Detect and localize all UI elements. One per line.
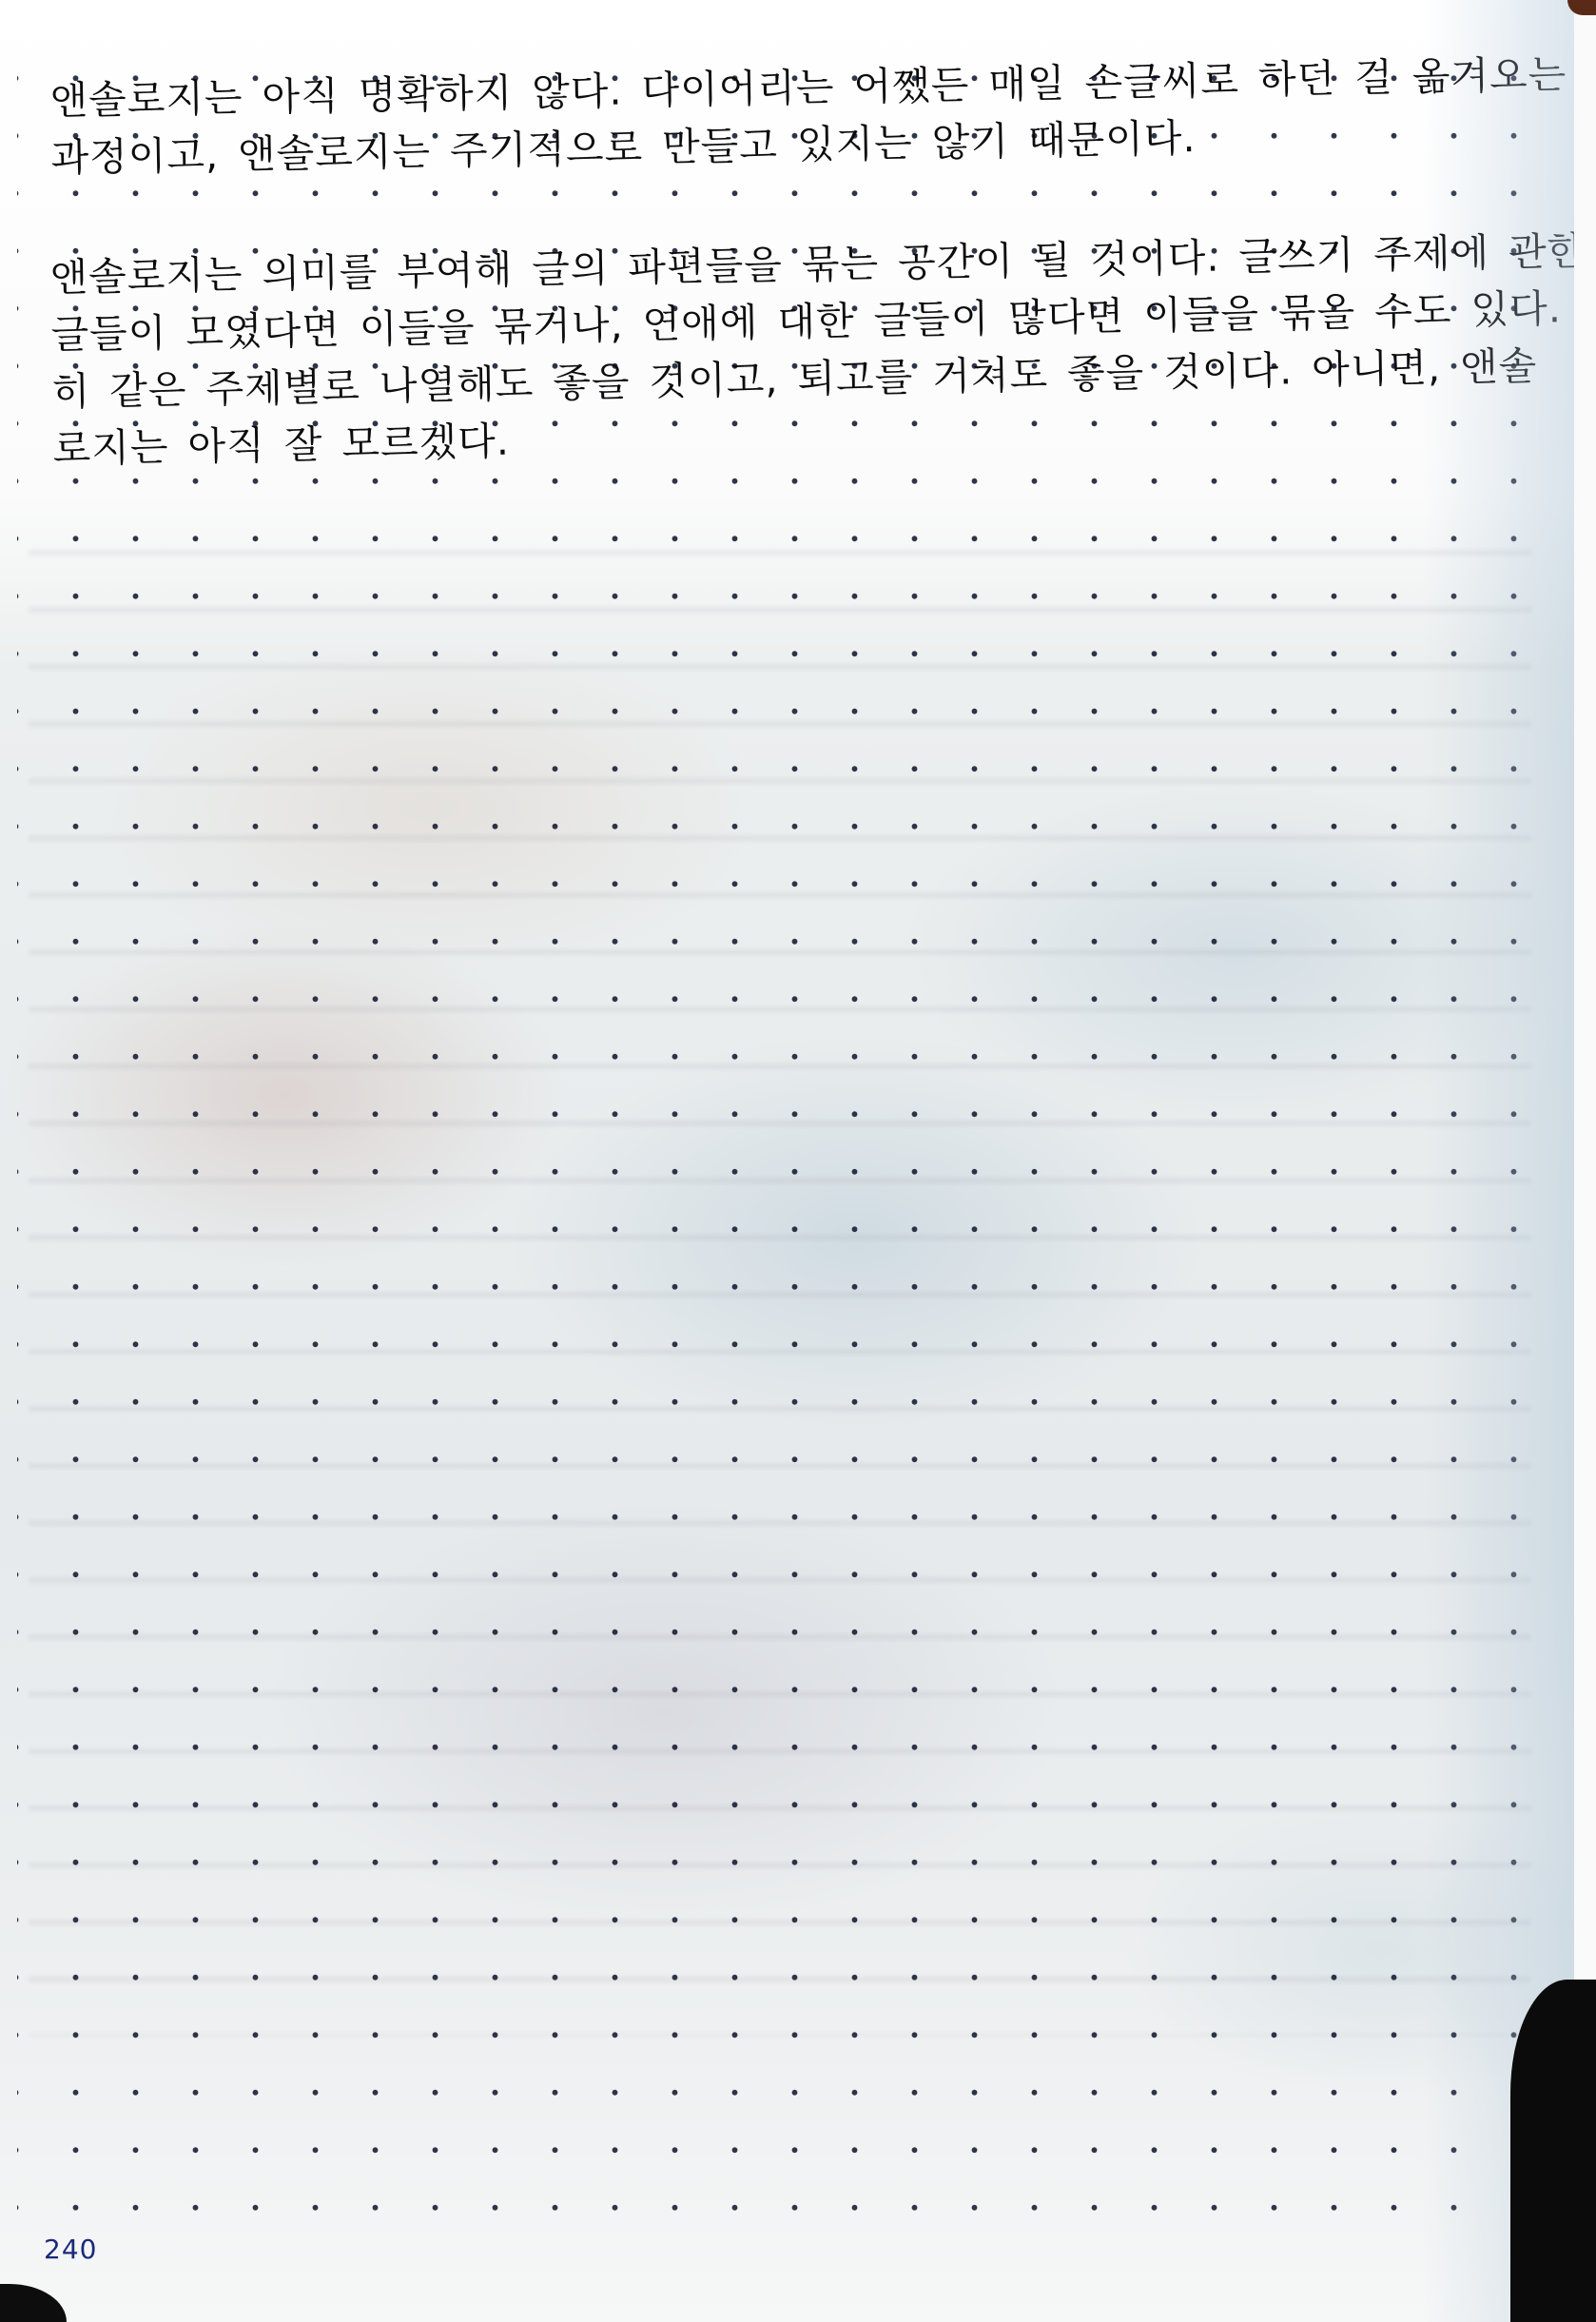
paragraph-2: 앤솔로지는 의미를 부여해 글의 파편들을 묶는 공간이 될 것이다. 글쓰기 … (49, 224, 1537, 478)
background-corner (1510, 1980, 1596, 2322)
page-edge (1574, 0, 1596, 1998)
page-number: 240 (44, 2234, 97, 2265)
notebook-page: 앤솔로지는 아직 명확하지 않다. 다이어리는 어쨌든 매일 손글씨로 하던 걸… (0, 0, 1574, 2322)
